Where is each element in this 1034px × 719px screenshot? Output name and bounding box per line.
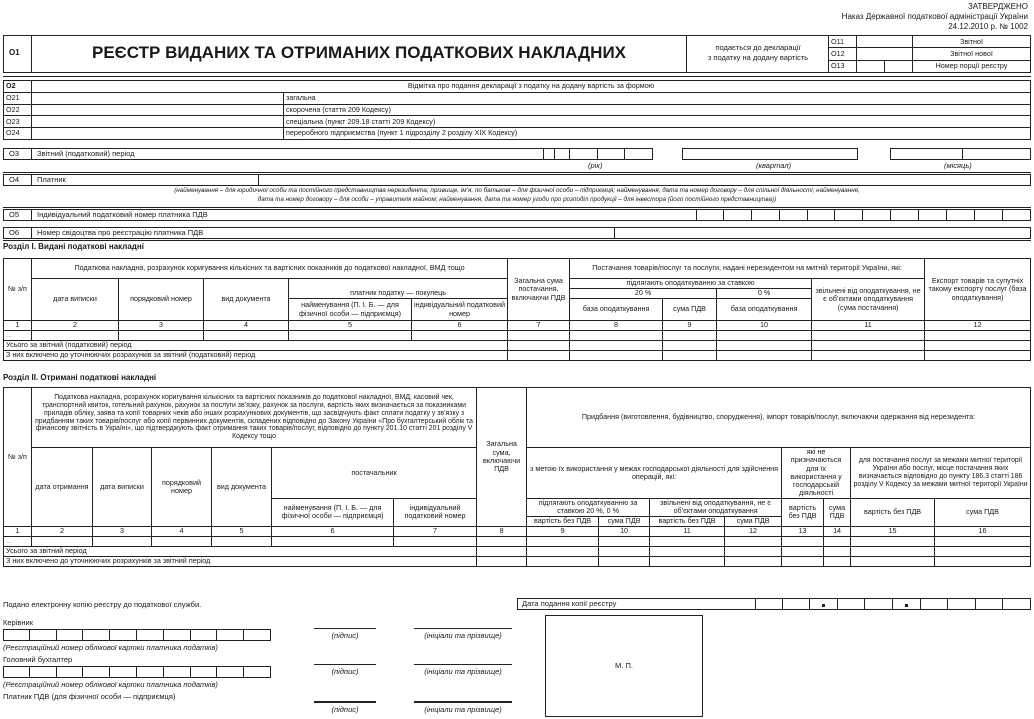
digit-cell[interactable] <box>919 209 947 221</box>
col-header-vat: сума ПДВ <box>935 498 1031 526</box>
table-cell[interactable] <box>599 546 650 556</box>
submitted-note: Подано електронну копію реєстру до подат… <box>3 601 201 609</box>
col-header-invoice: Податкова накладна, розрахунок коригуван… <box>32 388 477 448</box>
o2-title: Відмітка про подання декларації з податк… <box>32 81 1031 93</box>
col-header-type: вид документа <box>204 279 289 321</box>
option-code: O12 <box>829 48 857 60</box>
table-cell[interactable] <box>289 331 412 341</box>
column-number: 1 <box>4 526 32 536</box>
accountant-label: Головний бухгалтер <box>3 656 72 664</box>
col-header-value: вартість без ПДВ <box>527 516 599 526</box>
digit-cell[interactable] <box>164 629 191 641</box>
individual-label: Платник ПДВ (для фізичної особи — підпри… <box>3 693 175 701</box>
column-number: 7 <box>508 321 570 331</box>
o2-row-label: спеціальна (пункт 209.18 статті 209 Коде… <box>284 116 1031 128</box>
payer-name-input[interactable] <box>260 175 1030 185</box>
table-cell[interactable] <box>782 536 824 546</box>
o2-code: O2 <box>4 81 32 93</box>
o2-row-label: загальна <box>284 92 1031 104</box>
digit-cell[interactable] <box>948 598 976 610</box>
column-number: 8 <box>477 526 527 536</box>
table-cell[interactable] <box>925 331 1031 341</box>
col-header-nonbusiness: які не призначаються для їх використання… <box>782 448 851 499</box>
column-number: 4 <box>152 526 212 536</box>
col-header-name: найменування (П. І. Б. — для фізичної ос… <box>289 299 412 321</box>
column-numbers-row: 12345678910111213141516 <box>4 526 1031 536</box>
col-header-tin: індивідуальний податковий номер <box>412 299 508 321</box>
o2-mark-o22[interactable] <box>32 104 284 116</box>
o6-code: O6 <box>9 229 19 237</box>
digit-cell[interactable] <box>83 629 110 641</box>
submitted-line2: з податку на додану вартість <box>688 54 828 62</box>
column-number: 10 <box>599 526 650 536</box>
director-label: Керівник <box>3 619 33 627</box>
adjust-cell[interactable] <box>570 351 663 361</box>
total-cell[interactable] <box>925 341 1031 351</box>
year-caption: (рік) <box>588 162 602 170</box>
digit-cell[interactable] <box>217 666 244 678</box>
col-header-date: дата виписки <box>93 448 152 527</box>
table-cell[interactable] <box>152 536 212 546</box>
table-cell[interactable] <box>477 546 527 556</box>
o5-label: Індивідуальний податковий номер платника… <box>37 211 208 219</box>
quarter-caption: (квартал) <box>756 162 791 170</box>
table-cell[interactable]: ... <box>4 536 32 546</box>
adjust-cell[interactable] <box>717 351 812 361</box>
table-cell[interactable] <box>935 556 1031 566</box>
digit-cell[interactable] <box>191 666 218 678</box>
table-cell[interactable] <box>824 536 851 546</box>
col-header-recv-date: дата отримання <box>32 448 93 527</box>
col-header-total: Загальна сума, включаючи ПДВ <box>477 388 527 527</box>
o2-table: O2Відмітка про подання декларації з пода… <box>3 80 1031 140</box>
table-cell[interactable] <box>650 546 725 556</box>
o4-code: O4 <box>9 176 19 184</box>
digit-cell[interactable] <box>1003 598 1031 610</box>
table-cell[interactable] <box>725 556 782 566</box>
adjust-cell[interactable] <box>663 351 717 361</box>
col-header-taxable: підлягають оподаткуванню за ставкою <box>570 279 812 289</box>
column-number: 4 <box>204 321 289 331</box>
col-header-date: дата виписки <box>32 279 119 321</box>
column-number: 8 <box>570 321 663 331</box>
submitted-line1: подається до декларації <box>688 44 828 52</box>
table-cell[interactable] <box>412 331 508 341</box>
column-numbers-row: 123456789101112 <box>4 321 1031 331</box>
col-header-tin: індивідуальний податковий номер <box>394 498 477 526</box>
adjust-cell[interactable] <box>925 351 1031 361</box>
total-cell[interactable] <box>508 341 570 351</box>
total-cell[interactable] <box>812 341 925 351</box>
total-row-label: Усього за звітний (податковий) період <box>4 341 508 351</box>
col-header-taxable: підлягають оподаткуванню за ставкою 20 %… <box>527 498 650 516</box>
table-cell[interactable] <box>477 556 527 566</box>
table-cell[interactable] <box>725 536 782 546</box>
digit-cell[interactable] <box>891 209 919 221</box>
stamp-label: М. П. <box>545 662 703 670</box>
adjust-cell[interactable] <box>812 351 925 361</box>
o2-mark-o23[interactable] <box>32 116 284 128</box>
table-cell[interactable] <box>717 331 812 341</box>
digit-cell[interactable] <box>110 666 137 678</box>
batch-number-cell[interactable] <box>857 60 885 72</box>
approval-line2: Наказ Державної податкової адміністрації… <box>842 13 1028 22</box>
table-cell[interactable] <box>935 536 1031 546</box>
vat-tin-input[interactable] <box>696 209 1031 221</box>
digit-cell[interactable] <box>780 209 808 221</box>
col-header-num: № з/п <box>4 388 32 527</box>
table-cell[interactable] <box>508 331 570 341</box>
total-cell[interactable] <box>663 341 717 351</box>
table-cell[interactable] <box>650 556 725 566</box>
table-cell[interactable] <box>204 331 289 341</box>
copy-date-input[interactable] <box>755 598 1031 610</box>
digit-cell[interactable] <box>164 666 191 678</box>
column-number: 2 <box>32 526 93 536</box>
col-header-export: Експорт товарів та супутніх такому експо… <box>925 259 1031 321</box>
col-header-type: вид документа <box>212 448 272 527</box>
table-cell[interactable] <box>812 331 925 341</box>
digit-cell[interactable] <box>137 629 164 641</box>
table-cell[interactable] <box>527 556 599 566</box>
col-header-0: 0 % <box>717 289 812 299</box>
table-row[interactable]: ... <box>4 331 1031 341</box>
o4-note1: (найменування – для юридичної особи та п… <box>3 188 1031 195</box>
table-cell[interactable] <box>477 536 527 546</box>
total-row: Усього за звітний період <box>4 546 1031 556</box>
digit-cell[interactable] <box>893 598 921 610</box>
adjust-row: З них включено до уточнюючих розрахунків… <box>4 556 1031 566</box>
total-cell[interactable] <box>570 341 663 351</box>
option-code: O13 <box>829 60 857 72</box>
column-number: 2 <box>32 321 119 331</box>
column-number: 14 <box>824 526 851 536</box>
table-cell[interactable] <box>212 536 272 546</box>
digit-cell[interactable] <box>808 209 836 221</box>
column-number: 9 <box>663 321 717 331</box>
quarter-input[interactable] <box>682 148 858 160</box>
table-cell[interactable] <box>782 546 824 556</box>
digit-cell[interactable] <box>752 209 780 221</box>
table-cell[interactable] <box>599 556 650 566</box>
o2-row-label: скорочена (стаття 209 Кодексу) <box>284 104 1031 116</box>
vat-certificate-input[interactable] <box>616 228 1030 238</box>
column-number: 5 <box>289 321 412 331</box>
column-number: 15 <box>851 526 935 536</box>
col-header-value: вартість без ПДВ <box>650 516 725 526</box>
col-header-seq: порядковий номер <box>152 448 212 527</box>
digit-cell[interactable] <box>724 209 752 221</box>
column-number: 5 <box>212 526 272 536</box>
col-header-abroad: для постачання послуг за межами митної т… <box>851 448 1031 499</box>
table-cell[interactable] <box>851 546 935 556</box>
col-header-vat: сума ПДВ <box>663 299 717 321</box>
table-cell[interactable] <box>527 536 599 546</box>
column-number: 9 <box>527 526 599 536</box>
year-input[interactable] <box>543 148 653 160</box>
digit-cell[interactable] <box>83 666 110 678</box>
table-cell[interactable] <box>394 536 477 546</box>
col-header-purchase: Придбання (виготовлення, будівництво, сп… <box>527 388 1031 448</box>
col-header-name: найменування (П. І. Б. — для фізичної ос… <box>272 498 394 526</box>
table-cell[interactable]: ... <box>4 331 32 341</box>
option-label: Звітної <box>913 36 1031 48</box>
o3-label: Звітний (податковий) період <box>37 150 135 158</box>
section1-title: Розділ I. Видані податкові накладні <box>3 243 144 252</box>
col-header-supply: Постачання товарів/послуг та послуги, на… <box>570 259 925 279</box>
col-header-vat: сума ПДВ <box>725 516 782 526</box>
table-cell[interactable] <box>851 556 935 566</box>
approval-line1: ЗАТВЕРДЖЕНО <box>968 3 1028 12</box>
digit-cell[interactable] <box>3 666 30 678</box>
digit-cell[interactable] <box>947 209 975 221</box>
o2-row-code: O21 <box>4 92 32 104</box>
col-header-num: № з/п <box>4 259 32 321</box>
o2-row-code: O22 <box>4 104 32 116</box>
column-number: 7 <box>394 526 477 536</box>
table-cell[interactable] <box>824 556 851 566</box>
table-cell[interactable] <box>725 546 782 556</box>
column-number: 11 <box>650 526 725 536</box>
column-number: 16 <box>935 526 1031 536</box>
column-number: 6 <box>272 526 394 536</box>
individual-initials-caption: (ініціали та прізвище) <box>414 706 512 714</box>
col-header-buyer: платник податку — покупець <box>289 289 508 299</box>
digit-cell[interactable] <box>244 666 271 678</box>
table-cell[interactable] <box>824 546 851 556</box>
column-number: 13 <box>782 526 824 536</box>
director-initials-caption: (ініціали та прізвище) <box>414 632 512 640</box>
adjust-row-label: З них включено до уточнюючих розрахунків… <box>4 556 477 566</box>
digit-cell[interactable] <box>835 209 863 221</box>
month-input[interactable] <box>890 148 1031 160</box>
digit-cell[interactable] <box>755 598 783 610</box>
col-header-value: вартість без ПДВ <box>851 498 935 526</box>
o3-code: O3 <box>9 150 19 158</box>
month-caption: (місяць) <box>944 162 972 170</box>
digit-cell[interactable] <box>110 629 137 641</box>
section2-table: № з/п Податкова накладна, розрахунок кор… <box>3 387 1031 567</box>
digit-cell[interactable] <box>1003 209 1031 221</box>
digit-cell[interactable] <box>865 598 893 610</box>
digit-cell[interactable] <box>30 666 57 678</box>
o2-row-label: переробного підприємства (пункт 1 підроз… <box>284 128 1031 140</box>
col-header-seq: порядковий номер <box>119 279 204 321</box>
accountant-signature-caption: (підпис) <box>314 668 376 676</box>
digit-cell[interactable] <box>57 666 84 678</box>
table-cell[interactable] <box>782 556 824 566</box>
digit-cell[interactable] <box>3 629 30 641</box>
director-reg-number-input[interactable] <box>3 629 271 641</box>
o2-row-code: O23 <box>4 116 32 128</box>
digit-cell[interactable] <box>30 629 57 641</box>
col-header-supplier: постачальник <box>272 448 477 499</box>
table-cell[interactable] <box>570 331 663 341</box>
digit-cell[interactable] <box>838 598 866 610</box>
director-reg-note: (Реєстраційний номер облікової картки пл… <box>3 644 218 652</box>
digit-cell[interactable] <box>191 629 218 641</box>
director-signature-caption: (підпис) <box>314 632 376 640</box>
digit-cell[interactable] <box>976 598 1004 610</box>
o6-label: Номер свідоцтва про реєстрацію платника … <box>37 229 203 237</box>
adjust-row-label: З них включено до уточнюючих розрахунків… <box>4 351 508 361</box>
digit-cell[interactable] <box>921 598 949 610</box>
table-cell[interactable] <box>119 331 204 341</box>
batch-number-cell[interactable] <box>885 60 913 72</box>
table-cell[interactable] <box>527 546 599 556</box>
o4-note2: дата та номер договору – для особи – упр… <box>3 197 1031 204</box>
section1-table: № з/п Податкова накладна, розрахунок кор… <box>3 258 1031 361</box>
digit-cell[interactable] <box>863 209 891 221</box>
column-number: 3 <box>93 526 152 536</box>
accountant-initials-caption: (ініціали та прізвище) <box>414 668 512 676</box>
column-number: 12 <box>725 526 782 536</box>
column-number: 11 <box>812 321 925 331</box>
digit-cell[interactable] <box>57 629 84 641</box>
page-title: РЕЄСТР ВИДАНИХ ТА ОТРИМАНИХ ПОДАТКОВИХ Н… <box>92 44 626 63</box>
o2-mark-o21[interactable] <box>32 92 284 104</box>
digit-cell[interactable] <box>696 209 724 221</box>
digit-cell[interactable] <box>217 629 244 641</box>
copy-date-label: Дата подання копії реєстру <box>522 600 616 608</box>
column-number: 3 <box>119 321 204 331</box>
col-header-business: з метою їх використання у межах господар… <box>527 448 782 499</box>
total-cell[interactable] <box>717 341 812 351</box>
col-header-base0: база оподаткування <box>717 299 812 321</box>
option-checkbox-o11[interactable] <box>857 36 913 48</box>
table-cell[interactable] <box>93 536 152 546</box>
section2-title: Розділ II. Отримані податкові накладні <box>3 374 156 383</box>
table-cell[interactable] <box>935 546 1031 556</box>
o2-mark-o24[interactable] <box>32 128 284 140</box>
table-cell[interactable] <box>32 331 119 341</box>
o2-row-code: O24 <box>4 128 32 140</box>
accountant-reg-note: (Реєстраційний номер облікової картки пл… <box>3 681 218 689</box>
col-header-invoice: Податкова накладна, розрахунок коригуван… <box>32 259 508 279</box>
digit-cell[interactable] <box>244 629 271 641</box>
col-header-20: 20 % <box>570 289 717 299</box>
approval-line3: 24.12.2010 р. № 1002 <box>948 23 1028 32</box>
table-cell[interactable] <box>851 536 935 546</box>
accountant-reg-number-input[interactable] <box>3 666 271 678</box>
column-number: 12 <box>925 321 1031 331</box>
table-cell[interactable] <box>663 331 717 341</box>
o4-label: Платник <box>37 176 66 184</box>
option-code: O11 <box>829 36 857 48</box>
digit-cell[interactable] <box>783 598 811 610</box>
column-number: 1 <box>4 321 32 331</box>
option-label: Номер порції реєстру <box>913 60 1031 72</box>
header-code: O1 <box>9 49 20 58</box>
col-header-total: Загальна сума постачання, включаючи ПДВ <box>508 259 570 321</box>
table-cell[interactable] <box>272 536 394 546</box>
col-header-vat: сума ПДВ <box>824 498 851 526</box>
digit-cell[interactable] <box>137 666 164 678</box>
col-header-exempt: звільнені від оподаткування, не є об’єкт… <box>650 498 782 516</box>
adjust-cell[interactable] <box>508 351 570 361</box>
table-cell[interactable] <box>599 536 650 546</box>
report-type-table: O11Звітної O12Звітної нової O13Номер пор… <box>828 35 1031 73</box>
adjust-row: З них включено до уточнюючих розрахунків… <box>4 351 1031 361</box>
digit-cell[interactable] <box>810 598 838 610</box>
column-number: 6 <box>412 321 508 331</box>
col-header-vat: сума ПДВ <box>599 516 650 526</box>
option-label: Звітної нової <box>913 48 1031 60</box>
column-number: 10 <box>717 321 812 331</box>
o5-code: O5 <box>9 211 19 219</box>
col-header-base: база оподаткування <box>570 299 663 321</box>
individual-signature-caption: (підпис) <box>314 706 376 714</box>
total-row-label: Усього за звітний період <box>4 546 477 556</box>
table-cell[interactable] <box>32 536 93 546</box>
option-checkbox-o12[interactable] <box>857 48 913 60</box>
col-header-exempt: звільнені від оподаткування, не є об’єкт… <box>812 279 925 321</box>
total-row: Усього за звітний (податковий) період <box>4 341 1031 351</box>
digit-cell[interactable] <box>975 209 1003 221</box>
table-cell[interactable] <box>650 536 725 546</box>
col-header-value: вартість без ПДВ <box>782 498 824 526</box>
table-row[interactable]: ... <box>4 536 1031 546</box>
